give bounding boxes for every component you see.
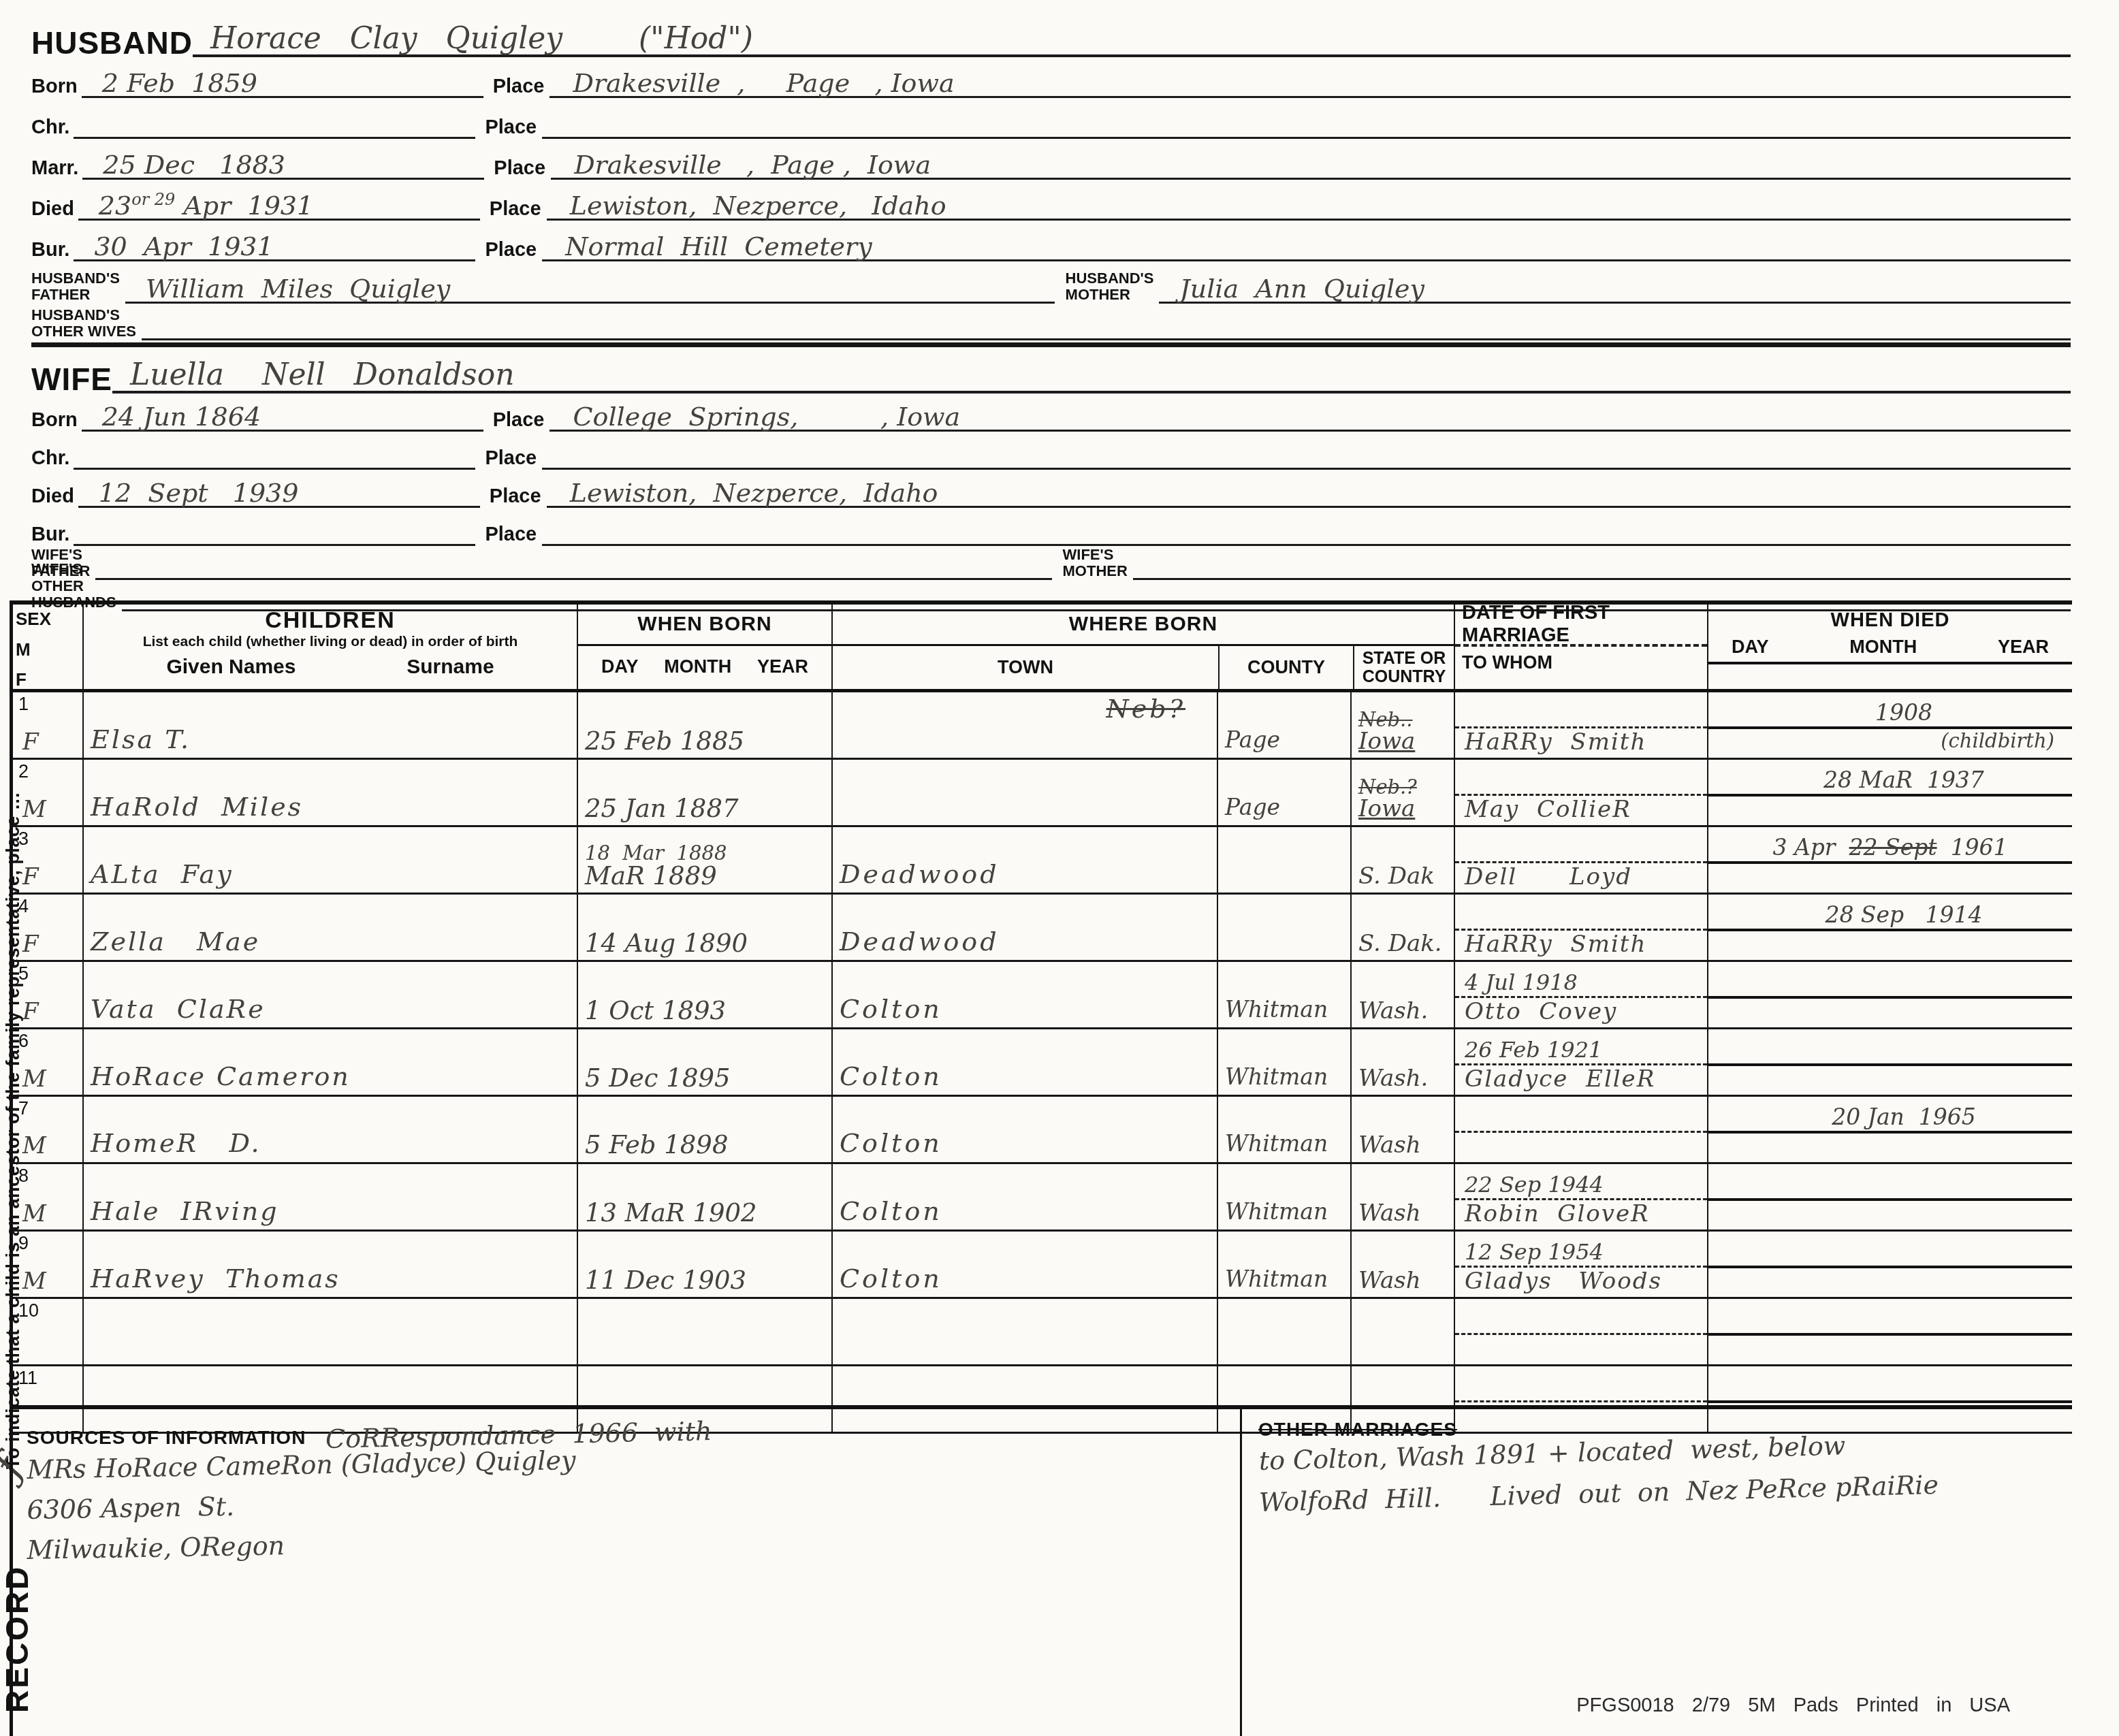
town-value: Colton <box>840 1196 942 1226</box>
cell-name <box>84 1299 578 1364</box>
born-value: 11 Dec 1903 <box>585 1268 825 1294</box>
cell-town: Colton <box>833 1164 1218 1230</box>
husband-marr-value: 25 Dec 1883 <box>82 152 484 180</box>
cell-name: Vata ClaRe <box>84 962 578 1028</box>
cell-first-marriage <box>1455 1097 1708 1162</box>
wife-born-row: Born 24 Jun 1864 Place College Springs, … <box>31 393 2071 432</box>
born-value: MaR 1889 <box>585 863 825 890</box>
cell-when-born: 14 Aug 1890 <box>578 895 833 961</box>
wife-name-row: WIFE Luella Nell Donaldson <box>31 351 2071 393</box>
wife-born-place: College Springs, , Iowa <box>549 404 2071 432</box>
state-struck-note: Neb.? <box>1358 777 1447 797</box>
chr-label: Chr. <box>31 447 74 470</box>
sources-of-information: SOURCES OF INFORMATION CoRRespondance 19… <box>13 1409 1242 1736</box>
town-value: Colton <box>840 1128 942 1158</box>
child-name-value: Elsa T. <box>91 724 191 754</box>
to-whom-value: Otto Covey <box>1465 998 1617 1025</box>
cell-name: Zella Mae <box>84 895 578 961</box>
child-name-value: Hale IRving <box>91 1196 279 1226</box>
cell-name: HomeR D. <box>84 1097 578 1162</box>
husband-chr-row: Chr. Place <box>31 98 2071 139</box>
cell-county: Whitman <box>1218 1097 1352 1162</box>
cell-town: Colton <box>833 1029 1218 1095</box>
cell-sex: 10 <box>13 1299 84 1364</box>
county-value: Whitman <box>1225 1063 1328 1090</box>
header-county: COUNTY <box>1218 646 1353 689</box>
state-struck-note: Neb.. <box>1358 710 1447 730</box>
child-row: 10 <box>13 1299 2072 1366</box>
cell-first-marriage: Dell Loyd <box>1455 827 1708 893</box>
cell-county <box>1218 827 1352 893</box>
cell-when-died: 3 Apr 22 Sept 1961 <box>1708 827 2072 893</box>
cell-when-died <box>1708 1299 2072 1364</box>
wife-chr-place <box>542 468 2071 470</box>
county-value: Whitman <box>1225 996 1328 1023</box>
bur-label: Bur. <box>31 239 74 261</box>
cell-state: Wash <box>1352 1097 1455 1162</box>
wife-born-value: 24 Jun 1864 <box>82 404 483 432</box>
husband-father-value: William Miles Quigley <box>125 276 1055 304</box>
cell-county: Whitman <box>1218 962 1352 1028</box>
sex-value: M <box>22 796 46 823</box>
cell-county <box>1218 895 1352 961</box>
cell-name: HaRvey Thomas <box>84 1232 578 1298</box>
cell-state: Wash. <box>1352 1029 1455 1095</box>
header-when-born: WHEN BORN DAYMONTHYEAR <box>578 605 833 694</box>
cell-town: Deadwood <box>833 827 1218 893</box>
cell-state <box>1352 1299 1455 1364</box>
cell-county: Whitman <box>1218 1232 1352 1298</box>
husband-bur-row: Bur. 30 Apr 1931 Place Normal Hill Cemet… <box>31 221 2071 261</box>
marriage-date-value: 4 Jul 1918 <box>1465 969 1578 995</box>
state-value: Iowa <box>1358 797 1447 822</box>
marr-label: Marr. <box>31 157 82 180</box>
child-name-value: ALta Fay <box>91 859 234 889</box>
cell-when-died <box>1708 1029 2072 1095</box>
cell-county: Page <box>1218 692 1352 758</box>
born-alt-value: 18 Mar 1888 <box>585 843 825 863</box>
cell-name: HaRold Miles <box>84 760 578 826</box>
cell-when-born: 25 Jan 1887 <box>578 760 833 826</box>
row-number: 5 <box>18 963 29 984</box>
cell-county: Whitman <box>1218 1029 1352 1095</box>
family-group-record-sheet: To indicate that a child is an ancestor … <box>0 0 2119 1736</box>
printer-imprint: PFGS0018 2/79 5M Pads Printed in USA <box>1576 1694 2010 1717</box>
cell-first-marriage: HaRRy Smith <box>1455 692 1708 758</box>
sex-value: F <box>22 863 39 890</box>
husband-label: HUSBAND <box>31 29 193 57</box>
county-value: Page <box>1225 726 1280 753</box>
cell-sex: 8 M <box>13 1164 84 1230</box>
wife-bur-place <box>542 544 2071 546</box>
husband-died-row: Died 23or 29 Apr 1931 Place Lewiston, Ne… <box>31 180 2071 221</box>
wife-chr-value <box>74 468 475 470</box>
cell-town <box>833 760 1218 826</box>
child-name-value: HomeR D. <box>91 1128 261 1158</box>
row-number: 8 <box>18 1166 29 1187</box>
sex-value: F <box>22 728 39 756</box>
cell-first-marriage: 22 Sep 1944 Robin GloveR <box>1455 1164 1708 1230</box>
other-marriages: OTHER MARRIAGES to Colton, Wash 1891 + l… <box>1242 1409 2072 1736</box>
child-row: 2 M HaRold Miles 25 Jan 1887 Page Neb.? … <box>13 760 2072 827</box>
cell-when-born <box>578 1299 833 1364</box>
husband-died-value: 23or 29 Apr 1931 <box>78 191 480 221</box>
died-label: Died <box>31 485 78 508</box>
header-state-or-country: STATE OR COUNTRY <box>1353 646 1454 689</box>
children-rows: 1 F Elsa T. 25 Feb 1885 Neb? Page Neb.. … <box>13 692 2072 1434</box>
sex-value: M <box>22 1200 46 1227</box>
cell-town: Deadwood <box>833 895 1218 961</box>
cell-state: Wash. <box>1352 962 1455 1028</box>
cell-when-died <box>1708 1164 2072 1230</box>
header-children: CHILDREN List each child (whether living… <box>84 605 578 694</box>
section-divider <box>31 342 2071 347</box>
children-table: SEXMF CHILDREN List each child (whether … <box>10 600 2072 1434</box>
cell-first-marriage: 4 Jul 1918 Otto Covey <box>1455 962 1708 1028</box>
cell-when-died: 1908 (childbirth) <box>1708 692 2072 758</box>
child-row: 9 M HaRvey Thomas 11 Dec 1903 Colton Whi… <box>13 1232 2072 1299</box>
died-note-value: (childbirth) <box>1941 729 2054 752</box>
cell-town: Neb? <box>833 692 1218 758</box>
header-given-names: Given Names <box>166 656 296 679</box>
cell-county <box>1218 1299 1352 1364</box>
born-label: Born <box>31 409 82 432</box>
wife-bur-row: Bur. Place <box>31 508 2071 546</box>
to-whom-value: Gladyce ElleR <box>1465 1065 1655 1093</box>
cell-sex: 6 M <box>13 1029 84 1095</box>
bur-label: Bur. <box>31 524 74 546</box>
state-value: S. Dak <box>1358 865 1447 889</box>
state-value: Wash <box>1358 1134 1447 1158</box>
bottom-section: SOURCES OF INFORMATION CoRRespondance 19… <box>10 1405 2072 1736</box>
cell-state: S. Dak. <box>1352 895 1455 961</box>
cell-county: Page <box>1218 760 1352 826</box>
to-whom-value: Dell Loyd <box>1465 863 1632 890</box>
place-label: Place <box>490 198 547 221</box>
cell-name: Elsa T. <box>84 692 578 758</box>
wife-father-value <box>95 578 1051 580</box>
cell-when-born: 18 Mar 1888 MaR 1889 <box>578 827 833 893</box>
cell-town: Colton <box>833 1097 1218 1162</box>
cell-first-marriage: HaRRy Smith <box>1455 895 1708 961</box>
to-whom-value: Robin GloveR <box>1465 1200 1650 1227</box>
town-struck-note: Neb? <box>1106 694 1185 724</box>
row-number: 11 <box>18 1368 37 1389</box>
cell-state: S. Dak <box>1352 827 1455 893</box>
died-label: Died <box>31 198 78 221</box>
row-number: 7 <box>18 1098 29 1119</box>
child-name-value: HaRvey Thomas <box>91 1264 340 1293</box>
husband-father-label: HUSBAND'S FATHER <box>31 270 125 304</box>
to-whom-value: May CollieR <box>1465 796 1631 823</box>
husband-mother-value: Julia Ann Quigley <box>1159 276 2071 304</box>
state-value: Wash. <box>1358 999 1447 1024</box>
cell-when-died <box>1708 962 2072 1028</box>
died-struck-value: 22 Sept <box>1849 834 1937 861</box>
marriage-date-value: 26 Feb 1921 <box>1465 1037 1602 1063</box>
children-table-header: SEXMF CHILDREN List each child (whether … <box>13 600 2072 692</box>
place-label: Place <box>490 485 547 508</box>
state-value: Iowa <box>1358 730 1447 754</box>
sex-value: M <box>22 1268 46 1295</box>
wife-chr-row: Chr. Place <box>31 432 2071 470</box>
county-value: Whitman <box>1225 1198 1328 1225</box>
sex-value: M <box>22 1132 46 1159</box>
cell-sex: 7 M <box>13 1097 84 1162</box>
marriage-date-value: 12 Sep 1954 <box>1465 1239 1604 1265</box>
cell-first-marriage: 26 Feb 1921 Gladyce ElleR <box>1455 1029 1708 1095</box>
wife-bur-value <box>74 544 475 546</box>
to-whom-value: HaRRy Smith <box>1465 931 1646 958</box>
born-value: 5 Feb 1898 <box>585 1132 825 1159</box>
place-label: Place <box>485 447 542 470</box>
husband-parents-row: HUSBAND'S FATHER William Miles Quigley H… <box>31 261 2071 304</box>
cell-when-born: 13 MaR 1902 <box>578 1164 833 1230</box>
county-value: Page <box>1225 794 1280 820</box>
cell-town: Colton <box>833 962 1218 1028</box>
state-value: Wash <box>1358 1269 1447 1293</box>
cell-sex: 4 F <box>13 895 84 961</box>
cell-sex: 5 F <box>13 962 84 1028</box>
state-value: Wash <box>1358 1202 1447 1226</box>
born-value: 14 Aug 1890 <box>585 931 825 957</box>
town-value: Deadwood <box>840 859 1000 889</box>
town-value: Deadwood <box>840 927 1000 957</box>
place-label: Place <box>485 239 542 261</box>
died-value: 28 Sep 1914 <box>1825 901 1982 928</box>
born-value: 5 Dec 1895 <box>585 1065 825 1092</box>
cell-when-died: 28 MaR 1937 <box>1708 760 2072 826</box>
child-row: 5 F Vata ClaRe 1 Oct 1893 Colton Whitman… <box>13 962 2072 1029</box>
husband-other-wives-row: HUSBAND'S OTHER WIVES <box>31 304 2071 340</box>
town-value: Colton <box>840 1061 942 1091</box>
wife-section: WIFE Luella Nell Donaldson Born 24 Jun 1… <box>31 351 2071 611</box>
died-value: 1908 <box>1875 699 1932 726</box>
wife-died-place: Lewiston, Nezperce, Idaho <box>547 480 2071 508</box>
cell-when-born: 1 Oct 1893 <box>578 962 833 1028</box>
child-row: 6 M HoRace Cameron 5 Dec 1895 Colton Whi… <box>13 1029 2072 1097</box>
cell-when-died <box>1708 1232 2072 1298</box>
born-value: 25 Jan 1887 <box>585 796 825 822</box>
husband-died-place: Lewiston, Nezperce, Idaho <box>547 193 2071 221</box>
husband-name-row: HUSBAND Horace Clay Quigley ("Hod") <box>31 10 2071 57</box>
header-where-born: WHERE BORN TOWN COUNTY STATE OR COUNTRY <box>833 605 1455 694</box>
county-value: Whitman <box>1225 1266 1328 1292</box>
cell-when-died: 28 Sep 1914 <box>1708 895 2072 961</box>
cell-when-born: 25 Feb 1885 <box>578 692 833 758</box>
husband-section: HUSBAND Horace Clay Quigley ("Hod") Born… <box>31 10 2071 347</box>
husband-bur-value: 30 Apr 1931 <box>74 234 475 261</box>
county-value: Whitman <box>1225 1130 1328 1157</box>
child-name-value: HoRace Cameron <box>91 1061 351 1091</box>
place-label: Place <box>493 76 550 98</box>
husband-name-value: Horace Clay Quigley ("Hod") <box>193 23 2071 57</box>
header-sex: SEXMF <box>13 605 84 694</box>
cell-first-marriage: 12 Sep 1954 Gladys Woods <box>1455 1232 1708 1298</box>
child-row: 4 F Zella Mae 14 Aug 1890 Deadwood S. Da… <box>13 895 2072 962</box>
row-number: 6 <box>18 1031 29 1052</box>
cell-sex: 3 F <box>13 827 84 893</box>
cell-sex: 1 F <box>13 692 84 758</box>
child-row: 1 F Elsa T. 25 Feb 1885 Neb? Page Neb.. … <box>13 692 2072 760</box>
cell-state: Wash <box>1352 1164 1455 1230</box>
place-label: Place <box>493 409 550 432</box>
row-number: 9 <box>18 1233 29 1254</box>
born-label: Born <box>31 76 82 98</box>
header-surname: Surname <box>407 656 494 679</box>
husband-born-value: 2 Feb 1859 <box>82 70 483 98</box>
cell-state: Wash <box>1352 1232 1455 1298</box>
child-name-value: Vata ClaRe <box>91 994 266 1024</box>
husband-other-wives-label: HUSBAND'S OTHER WIVES <box>31 307 142 340</box>
husband-bur-place: Normal Hill Cemetery <box>542 234 2071 261</box>
husband-marr-place: Drakesville , Page , Iowa <box>551 152 2071 180</box>
born-value: 13 MaR 1902 <box>585 1200 825 1227</box>
died-value: 1961 <box>1951 834 2008 861</box>
born-value: 25 Feb 1885 <box>585 728 825 755</box>
wife-mother-value <box>1133 578 2071 580</box>
chr-label: Chr. <box>31 116 74 139</box>
row-number: 10 <box>18 1300 39 1321</box>
state-value: S. Dak. <box>1358 932 1447 957</box>
cell-sex: 9 M <box>13 1232 84 1298</box>
cell-sex: 2 M <box>13 760 84 826</box>
died-or-superscript: or 29 <box>131 190 175 209</box>
husband-chr-place <box>542 137 2071 139</box>
died-inserted-value: 3 Apr <box>1772 834 1835 861</box>
cell-state: Neb.. Iowa <box>1352 692 1455 758</box>
row-number: 1 <box>18 694 29 715</box>
cell-town <box>833 1299 1218 1364</box>
to-whom-value: HaRRy Smith <box>1465 728 1646 756</box>
town-value: Colton <box>840 1264 942 1293</box>
died-value: 28 MaR 1937 <box>1823 767 1984 793</box>
sex-value: M <box>22 1065 46 1093</box>
wife-parents-row: WIFE'S FATHER WIFE'S MOTHER <box>31 546 2071 580</box>
husband-chr-value <box>74 137 475 139</box>
cell-county: Whitman <box>1218 1164 1352 1230</box>
husband-mother-label: HUSBAND'S MOTHER <box>1066 270 1160 304</box>
row-number: 4 <box>18 896 29 917</box>
marriage-date-value: 22 Sep 1944 <box>1465 1172 1604 1197</box>
place-label: Place <box>494 157 551 180</box>
sex-value: F <box>22 931 39 958</box>
cell-when-born: 11 Dec 1903 <box>578 1232 833 1298</box>
header-when-died: WHEN DIED DAYMONTHYEAR <box>1708 605 2072 694</box>
cell-when-born: 5 Dec 1895 <box>578 1029 833 1095</box>
row-number: 2 <box>18 761 29 782</box>
row-number: 3 <box>18 829 29 850</box>
cell-name: ALta Fay <box>84 827 578 893</box>
cell-first-marriage <box>1455 1299 1708 1364</box>
wife-name-value: Luella Nell Donaldson <box>112 359 2071 393</box>
cell-state: Neb.? Iowa <box>1352 760 1455 826</box>
child-row: 7 M HomeR D. 5 Feb 1898 Colton Whitman W… <box>13 1097 2072 1164</box>
husband-born-row: Born 2 Feb 1859 Place Drakesville , Page… <box>31 57 2071 98</box>
cell-name: HoRace Cameron <box>84 1029 578 1095</box>
sex-value: F <box>22 998 39 1025</box>
upper-sections: HUSBAND Horace Clay Quigley ("Hod") Born… <box>31 10 2071 611</box>
place-label: Place <box>485 116 542 139</box>
header-first-marriage: DATE OF FIRST MARRIAGE TO WHOM <box>1455 605 1708 694</box>
husband-born-place: Drakesville , Page , Iowa <box>549 70 2071 98</box>
wife-mother-label: WIFE'S MOTHER <box>1063 547 1133 580</box>
wife-died-row: Died 12 Sept 1939 Place Lewiston, Nezper… <box>31 470 2071 508</box>
place-label: Place <box>485 524 542 546</box>
town-value: Colton <box>840 994 942 1024</box>
child-row: 8 M Hale IRving 13 MaR 1902 Colton Whitm… <box>13 1164 2072 1232</box>
wife-label: WIFE <box>31 366 112 393</box>
child-name-value: HaRold Miles <box>91 792 303 822</box>
state-value: Wash. <box>1358 1067 1447 1091</box>
cell-first-marriage: May CollieR <box>1455 760 1708 826</box>
child-row: 3 F ALta Fay 18 Mar 1888 MaR 1889 Deadwo… <box>13 827 2072 895</box>
header-town: TOWN <box>833 646 1218 689</box>
born-value: 1 Oct 1893 <box>585 998 825 1025</box>
cell-town: Colton <box>833 1232 1218 1298</box>
wife-died-value: 12 Sept 1939 <box>78 480 480 508</box>
child-name-value: Zella Mae <box>91 927 260 957</box>
to-whom-value: Gladys Woods <box>1465 1268 1662 1295</box>
husband-other-wives-value <box>142 338 2071 340</box>
cell-when-born: 5 Feb 1898 <box>578 1097 833 1162</box>
died-value: 20 Jan 1965 <box>1832 1104 1976 1130</box>
cell-when-died: 20 Jan 1965 <box>1708 1097 2072 1162</box>
husband-marr-row: Marr. 25 Dec 1883 Place Drakesville , Pa… <box>31 139 2071 180</box>
cell-name: Hale IRving <box>84 1164 578 1230</box>
